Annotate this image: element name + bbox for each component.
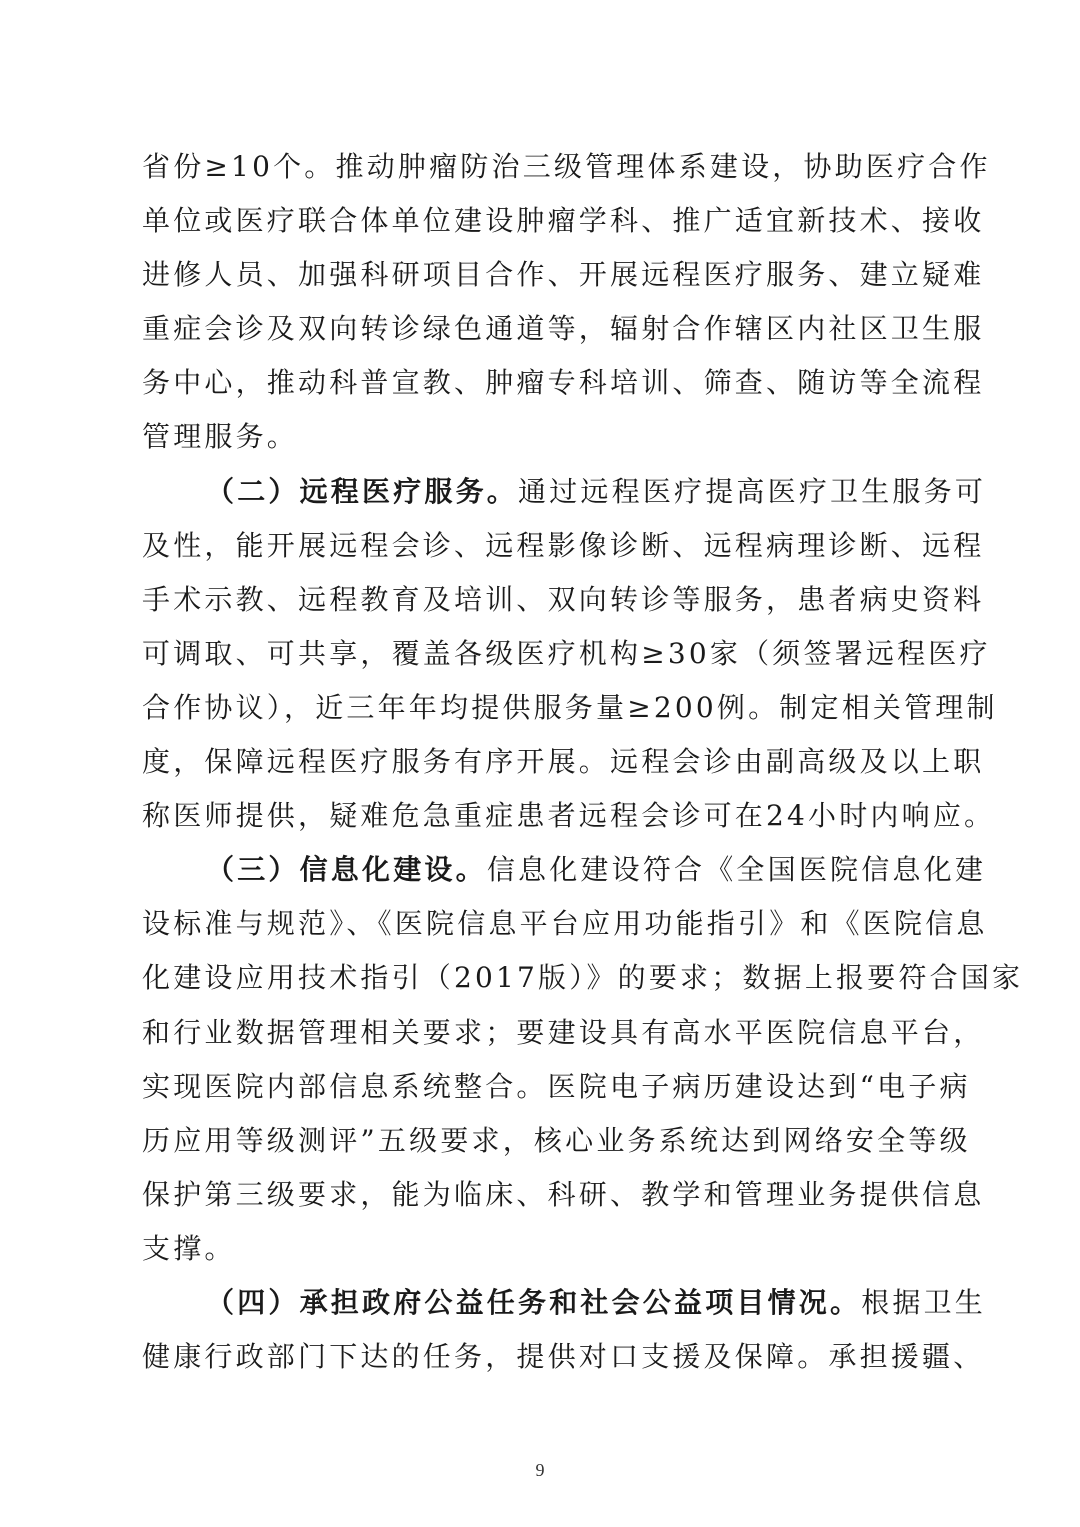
body-text: 省份≥10个。推动肿瘤防治三级管理体系建设，协助医疗合作 单位或医疗联合体单位建… (142, 140, 942, 1384)
text-line: 进修人员、加强科研项目合作、开展远程医疗服务、建立疑难 (142, 248, 938, 302)
section-3-first-line: （三）信息化建设。信息化建设符合《全国医院信息化建 (142, 843, 938, 897)
text-line: 历应用等级测评”五级要求，核心业务系统达到网络安全等级 (142, 1114, 938, 1168)
text-line: 手术示教、远程教育及培训、双向转诊等服务，患者病史资料 (142, 573, 938, 627)
text-line: 单位或医疗联合体单位建设肿瘤学科、推广适宜新技术、接收 (142, 194, 938, 248)
text-line: 健康行政部门下达的任务，提供对口支援及保障。承担援疆、 (142, 1330, 938, 1384)
text-line: 合作协议），近三年年均提供服务量≥200例。制定相关管理制 (142, 681, 938, 735)
text-line: 度，保障远程医疗服务有序开展。远程会诊由副高级及以上职 (142, 735, 938, 789)
section-4-first-line: （四）承担政府公益任务和社会公益项目情况。根据卫生 (142, 1276, 938, 1330)
section-text: 通过远程医疗提高医疗卫生服务可 (518, 475, 986, 508)
text-line: 管理服务。 (142, 410, 938, 464)
text-line: 称医师提供，疑难危急重症患者远程会诊可在24小时内响应。 (142, 789, 938, 843)
text-line: 和行业数据管理相关要求；要建设具有高水平医院信息平台， (142, 1006, 938, 1060)
text-line: 实现医院内部信息系统整合。医院电子病历建设达到“电子病 (142, 1060, 938, 1114)
text-line: 及性，能开展远程会诊、远程影像诊断、远程病理诊断、远程 (142, 519, 938, 573)
text-line: 可调取、可共享，覆盖各级医疗机构≥30家（须签署远程医疗 (142, 627, 938, 681)
section-heading: （三）信息化建设。 (206, 853, 487, 886)
text-line: 重症会诊及双向转诊绿色通道等，辐射合作辖区内社区卫生服 (142, 302, 938, 356)
text-line: 省份≥10个。推动肿瘤防治三级管理体系建设，协助医疗合作 (142, 140, 938, 194)
text-line: 支撑。 (142, 1222, 938, 1276)
text-line: 化建设应用技术指引（2017版）》的要求；数据上报要符合国家 (142, 951, 938, 1005)
section-text: 信息化建设符合《全国医院信息化建 (487, 853, 986, 886)
text-line: 务中心，推动科普宣教、肿瘤专科培训、筛查、随访等全流程 (142, 356, 938, 410)
page-number: 9 (0, 1460, 1080, 1481)
document-page: 省份≥10个。推动肿瘤防治三级管理体系建设，协助医疗合作 单位或医疗联合体单位建… (0, 0, 1080, 1527)
text-line: 设标准与规范》、《医院信息平台应用功能指引》和《医院信息 (142, 897, 938, 951)
section-heading: （二）远程医疗服务。 (206, 475, 518, 508)
section-2-first-line: （二）远程医疗服务。通过远程医疗提高医疗卫生服务可 (142, 465, 938, 519)
section-heading: （四）承担政府公益任务和社会公益项目情况。 (206, 1286, 861, 1319)
text-line: 保护第三级要求，能为临床、科研、教学和管理业务提供信息 (142, 1168, 938, 1222)
section-text: 根据卫生 (861, 1286, 986, 1319)
